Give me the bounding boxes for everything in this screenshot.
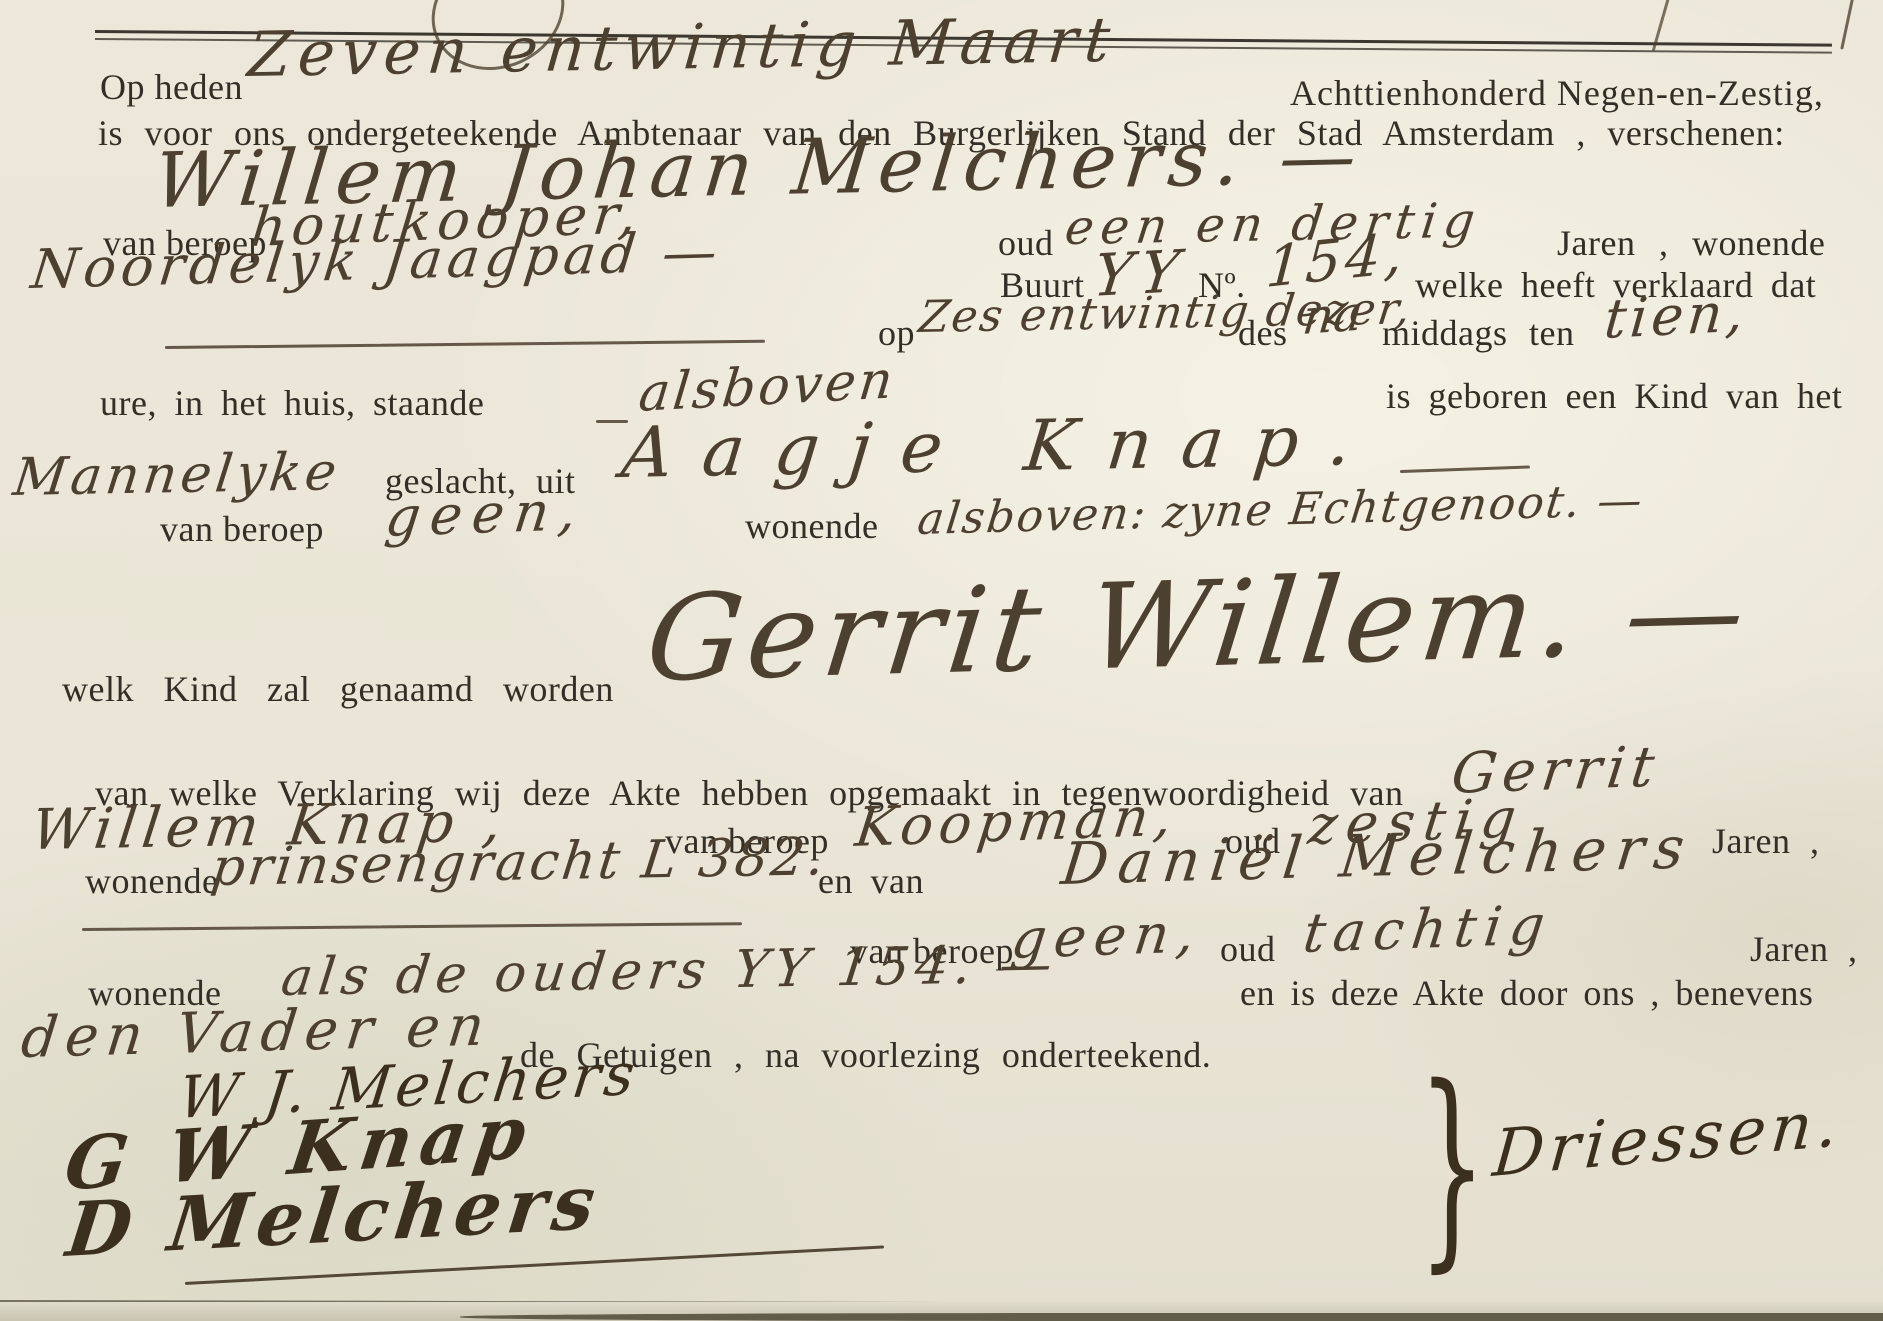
ink-dash-alsboven [596, 420, 628, 423]
child-name-handwritten: Gerrit Willem. — [640, 541, 1758, 708]
ink-underline-left [165, 340, 765, 349]
printed-jaren-1: Jaren , [1712, 820, 1819, 862]
printed-label-oud-4: oud [1220, 928, 1276, 970]
handwritten-date: Zeven entwintig Maart [245, 3, 1120, 91]
printed-label-oud-1: oud [998, 222, 1054, 264]
ink-underline-wonende [82, 922, 742, 931]
signature-registrar: Driessen. [1490, 1087, 1846, 1192]
printed-label-wonende-w1: wonende [85, 860, 218, 902]
mother-occupation: geen, [382, 479, 590, 549]
daypart-hand: na [1300, 285, 1365, 346]
printed-label-op-heden: Op heden [100, 66, 243, 108]
printed-middags-ten: middags ten [1382, 312, 1574, 354]
child-gender: Mannelyke [10, 442, 344, 508]
printed-year: Achttienhonderd Negen-en-Zestig, [1290, 72, 1824, 114]
bottom-edge-shadow [460, 1313, 1883, 1321]
printed-ure-line: ure, in het huis, staande [100, 382, 484, 424]
witness2-age: tachtig [1300, 893, 1556, 965]
printed-child-name-label: welk Kind zal genaamd worden [62, 668, 614, 710]
printed-label-des: des [1238, 312, 1288, 354]
ink-dash-mother [1400, 465, 1530, 473]
closing-brace: } [1418, 1040, 1486, 1291]
printed-label-van-beroep-2: van beroep [160, 508, 324, 550]
printed-en-van: en van [818, 860, 924, 902]
printed-jaren-2: Jaren , [1750, 928, 1857, 970]
printed-jaren-wonende: Jaren , wonende [1557, 222, 1825, 264]
printed-geboren-line: is geboren een Kind van het [1386, 375, 1842, 417]
printed-label-wonende-mother: wonende [745, 505, 878, 547]
document-scan: Op heden Zeven entwintig Maart Achttienh… [0, 0, 1883, 1321]
birth-hour: tien, [1602, 280, 1750, 351]
printed-akte-line: en is deze Akte door ons , benevens [1240, 972, 1813, 1014]
mother-name: Aagje Knap. [618, 399, 1385, 494]
corner-pen-stroke [1840, 0, 1855, 50]
witness1-address: prinsengracht L 382. [208, 827, 831, 898]
printed-label-op: op [878, 312, 915, 354]
